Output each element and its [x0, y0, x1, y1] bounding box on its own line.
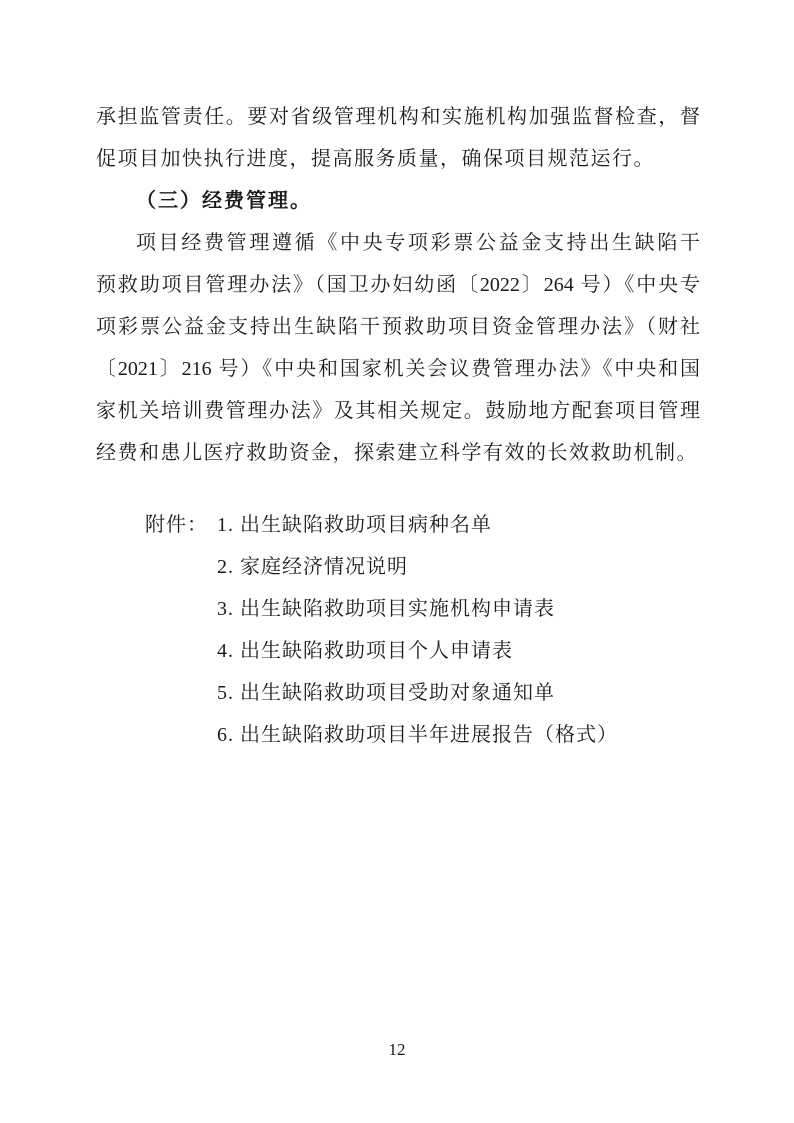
attachment-item: 附件：1. 出生缺陷救助项目病种名单: [145, 504, 700, 546]
body-line: 促项目加快执行进度，提高服务质量，确保项目规范运行。: [96, 138, 700, 180]
body-line: 经费和患儿医疗救助资金，探索建立科学有效的长效救助机制。: [96, 432, 700, 474]
body-line: 〔2021〕216 号）《中央和国家机关会议费管理办法》《中央和国: [96, 348, 700, 390]
body-line: 家机关培训费管理办法》及其相关规定。鼓励地方配套项目管理: [96, 390, 700, 432]
attachment-item: 2. 家庭经济情况说明: [145, 546, 700, 588]
section-heading: （三）经费管理。: [96, 180, 700, 222]
document-body: 承担监管责任。要对省级管理机构和实施机构加强监督检查，督 促项目加快执行进度，提…: [96, 96, 700, 756]
attachment-item: 3. 出生缺陷救助项目实施机构申请表: [145, 588, 700, 630]
body-line: 项目经费管理遵循《中央专项彩票公益金支持出生缺陷干: [96, 222, 700, 264]
body-line: 项彩票公益金支持出生缺陷干预救助项目资金管理办法》（财社: [96, 306, 700, 348]
document-page: 承担监管责任。要对省级管理机构和实施机构加强监督检查，督 促项目加快执行进度，提…: [0, 0, 794, 1123]
attachment-item: 5. 出生缺陷救助项目受助对象通知单: [145, 672, 700, 714]
attachment-item-text: 1. 出生缺陷救助项目病种名单: [217, 514, 492, 536]
body-line: 预救助项目管理办法》（国卫办妇幼函〔2022〕264 号）《中央专: [96, 264, 700, 306]
attachment-item: 4. 出生缺陷救助项目个人申请表: [145, 630, 700, 672]
body-line: 承担监管责任。要对省级管理机构和实施机构加强监督检查，督: [96, 96, 700, 138]
attachments-label: 附件：: [145, 504, 217, 546]
attachments-list: 附件：1. 出生缺陷救助项目病种名单 2. 家庭经济情况说明 3. 出生缺陷救助…: [145, 504, 700, 756]
attachment-item: 6. 出生缺陷救助项目半年进展报告（格式）: [145, 714, 700, 756]
page-number: 12: [0, 1036, 794, 1064]
